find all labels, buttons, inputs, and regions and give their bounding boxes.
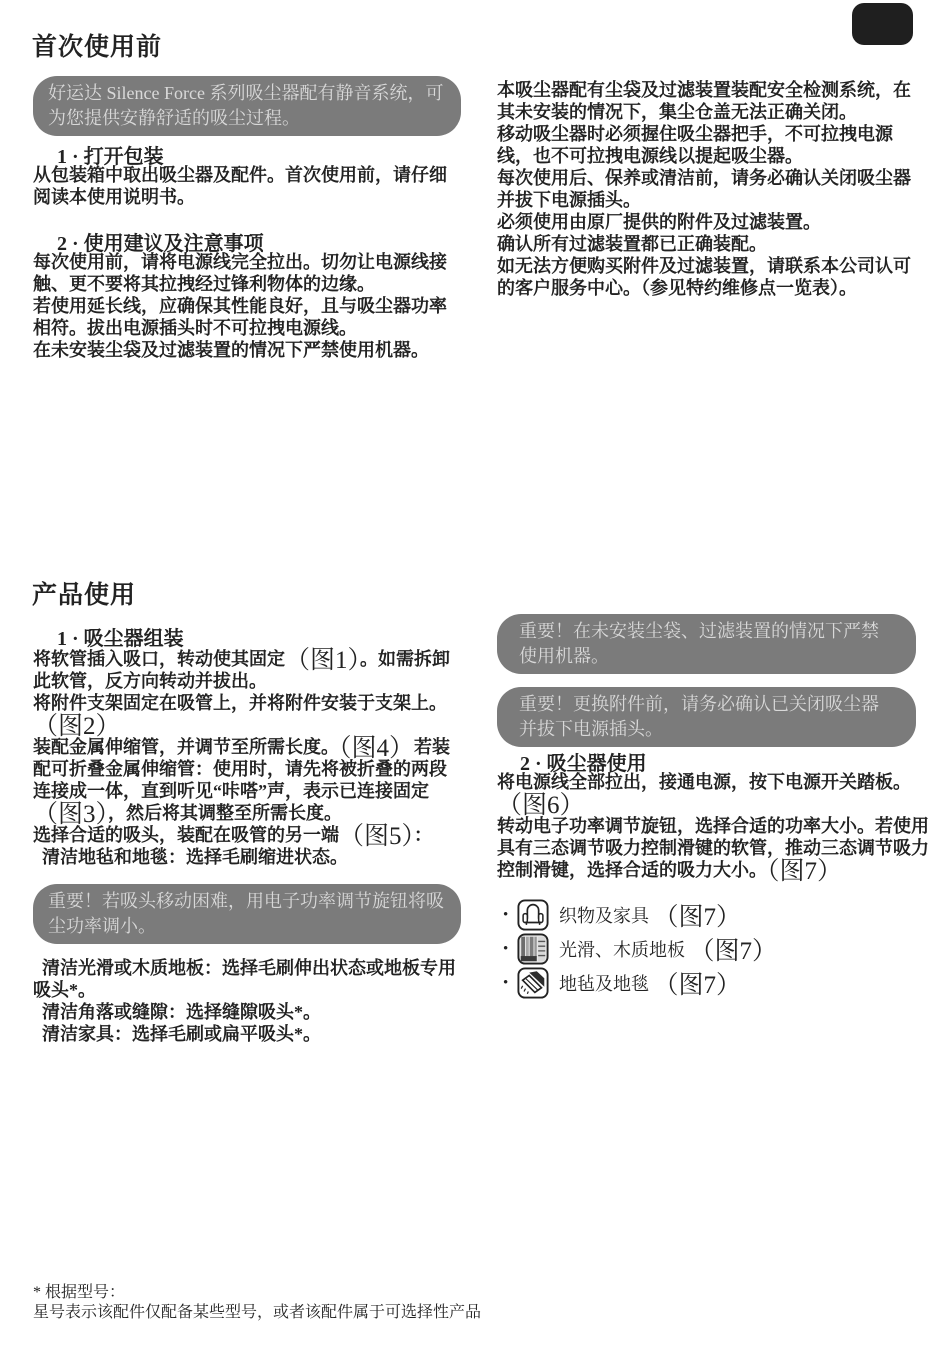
paragraph: 每次使用后、保养或清洁前，请务必确认关闭吸尘器并拔下电源插头。 bbox=[497, 167, 921, 211]
wood-floor-icon bbox=[517, 933, 549, 965]
paragraph: 在未安装尘袋及过滤装置的情况下严禁使用机器。 bbox=[33, 339, 457, 361]
paragraph: 每次使用前，请将电源线完全拉出。切勿让电源线接触、更不要将其拉拽经过锋利物体的边… bbox=[33, 251, 457, 295]
nozzle-selection-tips: 清洁光滑或木质地板：选择毛刷伸出状态或地板专用吸头*。 清洁角落或缝隙：选择缝隙… bbox=[33, 957, 463, 1045]
paragraph: 选择合适的吸头，装配在吸管的另一端（图5）： bbox=[33, 824, 457, 846]
paragraph: 本吸尘器配有尘袋及过滤装置装配安全检测系统，在其未安装的情况下，集尘仓盖无法正确… bbox=[497, 79, 921, 123]
list-item-wood-floor: • 光滑、木质地板 （图7） bbox=[503, 932, 777, 966]
unpacking-paragraphs: 从包装箱中取出吸尘器及配件。首次使用前，请仔细阅读本使用说明书。 bbox=[33, 164, 457, 208]
paragraph: 清洁光滑或木质地板：选择毛刷伸出状态或地板专用吸头*。 bbox=[33, 957, 463, 1001]
page-corner-tab bbox=[852, 3, 913, 45]
list-item-fabric-furniture: • 织物及家具 （图7） bbox=[503, 898, 777, 932]
paragraph: 转动电子功率调节旋钮，选择合适的功率大小。若使用具有三态调节吸力控制滑键的软管，… bbox=[497, 815, 931, 881]
important-box-power-adjust: 重要！若吸头移动困难，用电子功率调节旋钮将吸尘功率调小。 bbox=[33, 884, 461, 944]
paragraph: 将附件支架固定在吸管上，并将附件安装于支架上。（图2） bbox=[33, 692, 457, 736]
surface-label-fabric: 织物及家具 （图7） bbox=[559, 902, 741, 928]
bullet-dot: • bbox=[503, 941, 517, 958]
subsection-heading-assembly: 1 · 吸尘器组装 bbox=[57, 622, 184, 651]
paragraph: 确认所有过滤装置都已正确装配。 bbox=[497, 233, 921, 255]
paragraph: 从包装箱中取出吸尘器及配件。首次使用前，请仔细阅读本使用说明书。 bbox=[33, 164, 457, 208]
paragraph: 必须使用由原厂提供的附件及过滤装置。 bbox=[497, 211, 921, 233]
assembly-paragraphs: 将软管插入吸口，转动使其固定（图1）。如需拆卸此软管，反方向转动并拔出。将附件支… bbox=[33, 648, 457, 868]
carpet-icon bbox=[517, 967, 549, 999]
footnote-line-1: * 根据型号： bbox=[33, 1283, 481, 1303]
paragraph: 若使用延长线，应确保其性能良好，且与吸尘器功率相符。拔出电源插头时不可拉拽电源线… bbox=[33, 295, 457, 339]
list-item-carpet: • 地毡及地毯 （图7） bbox=[503, 966, 777, 1000]
vacuum-use-paragraphs: 将电源线全部拉出，接通电源，按下电源开关踏板。（图6）转动电子功率调节旋钮，选择… bbox=[497, 771, 931, 881]
surface-label-wood-floor: 光滑、木质地板 （图7） bbox=[559, 936, 777, 962]
usage-advice-paragraphs: 每次使用前，请将电源线完全拉出。切勿让电源线接触、更不要将其拉拽经过锋利物体的边… bbox=[33, 251, 457, 361]
footnote-line-2: 星号表示该配件仅配备某些型号，或者该配件属于可选择性产品 bbox=[33, 1303, 481, 1323]
paragraph: 装配金属伸缩管，并调节至所需长度。（图4）若装配可折叠金属伸缩管：使用时，请先将… bbox=[33, 736, 457, 824]
paragraph: 将电源线全部拉出，接通电源，按下电源开关踏板。（图6） bbox=[497, 771, 931, 815]
paragraph: 移动吸尘器时必须握住吸尘器把手，不可拉拽电源线，也不可拉拽电源线以提起吸尘器。 bbox=[497, 123, 921, 167]
manual-page: 首次使用前 好运达 Silence Force 系列吸尘器配有静音系统，可为您提… bbox=[0, 0, 950, 1359]
surface-type-list: • 织物及家具 （图7） • bbox=[503, 898, 777, 1000]
bullet-dot: • bbox=[503, 907, 517, 924]
paragraph: 如无法方便购买附件及过滤装置，请联系本公司认可的客户服务中心。（参见特约维修点一… bbox=[497, 255, 921, 299]
paragraph: 清洁角落或缝隙：选择缝隙吸头*。 bbox=[33, 1001, 463, 1023]
footnote: * 根据型号： 星号表示该配件仅配备某些型号，或者该配件属于可选择性产品 bbox=[33, 1283, 481, 1323]
important-box-unplug-before-change: 重要！更换附件前，请务必确认已关闭吸尘器并拔下电源插头。 bbox=[497, 687, 916, 747]
paragraph: 清洁家具：选择毛刷或扁平吸头*。 bbox=[33, 1023, 463, 1045]
bullet-dot: • bbox=[503, 975, 517, 992]
section-title-product-use: 产品使用 bbox=[32, 575, 136, 611]
paragraph: 将软管插入吸口，转动使其固定（图1）。如需拆卸此软管，反方向转动并拔出。 bbox=[33, 648, 457, 692]
silence-force-note-box: 好运达 Silence Force 系列吸尘器配有静音系统，可为您提供安静舒适的… bbox=[33, 76, 461, 136]
armchair-icon bbox=[517, 899, 549, 931]
section-title-before-first-use: 首次使用前 bbox=[32, 27, 162, 63]
surface-label-carpet: 地毡及地毯 （图7） bbox=[559, 970, 741, 996]
important-box-no-dustbag: 重要！在未安装尘袋、过滤装置的情况下严禁使用机器。 bbox=[497, 614, 916, 674]
safety-notes-paragraphs: 本吸尘器配有尘袋及过滤装置装配安全检测系统，在其未安装的情况下，集尘仓盖无法正确… bbox=[497, 79, 921, 299]
